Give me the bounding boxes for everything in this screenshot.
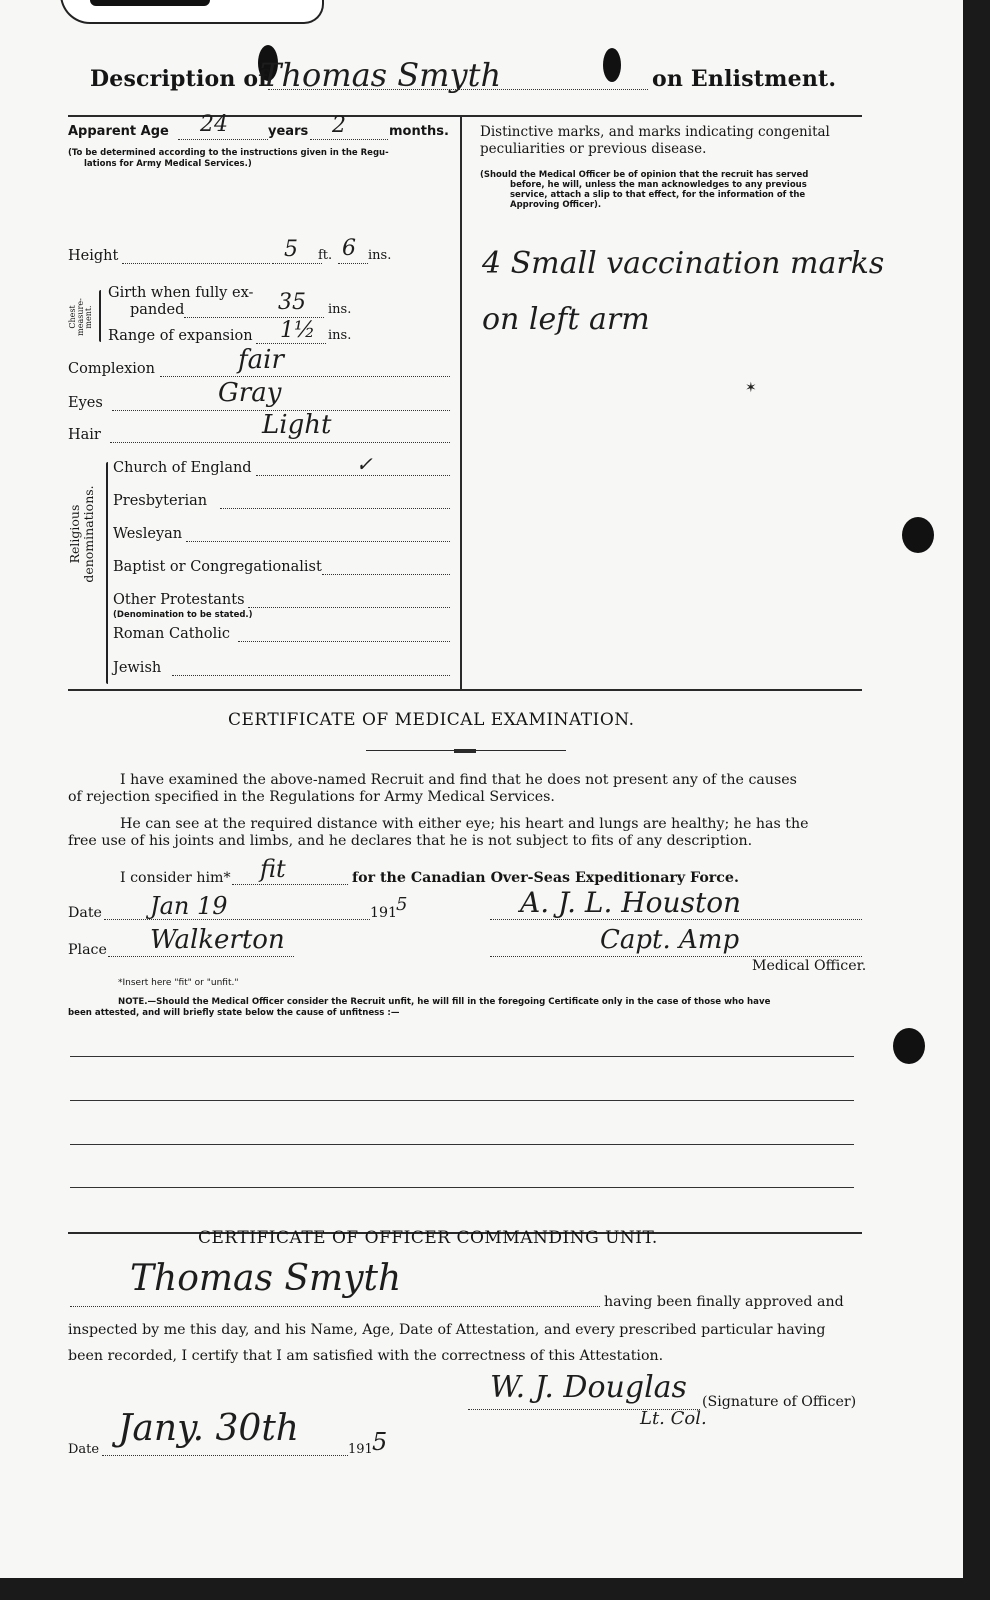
- medical-officer-signature-line: [490, 919, 862, 920]
- religion-line: [186, 541, 450, 542]
- eyes-label: Eyes: [68, 395, 103, 411]
- unfitness-line-1[interactable]: [70, 1056, 854, 1057]
- months-label: months.: [389, 124, 449, 139]
- commanding-line1-suffix: having been finally approved and: [604, 1294, 844, 1311]
- age-months-value: 2: [332, 113, 346, 138]
- religion-baptist-congregationalist: Baptist or Congregationalist: [113, 559, 322, 575]
- height-ft-line: [272, 263, 322, 264]
- paper-fold-shadow: [90, 0, 210, 6]
- column-divider: [460, 115, 462, 689]
- commanding-date-year-hand: 5: [372, 1428, 387, 1456]
- religion-presbyterian: Presbyterian: [113, 493, 207, 509]
- religion-line: [238, 641, 450, 642]
- height-label: Height: [68, 248, 118, 264]
- commanding-line3: been recorded, I certify that I am satis…: [68, 1348, 663, 1365]
- hair-line: [110, 442, 450, 443]
- distinctive-marks-heading-2: peculiarities or previous disease.: [480, 141, 706, 157]
- unfitness-line-4[interactable]: [70, 1187, 854, 1188]
- religion-brace: [106, 462, 108, 684]
- punch-hole-icon: [902, 517, 934, 553]
- age-note-line1: (To be determined according to the instr…: [68, 148, 389, 158]
- range-value: 1½: [280, 318, 315, 343]
- medical-date-year-printed: 191: [370, 905, 397, 922]
- commanding-officer-rank: Lt. Col.: [640, 1408, 707, 1429]
- ft-label: ft.: [318, 248, 332, 263]
- enlistment-form-page: Description of Thomas Smyth on Enlistmen…: [0, 0, 963, 1578]
- religion-roman-catholic: Roman Catholic: [113, 626, 230, 642]
- religion-wesleyan: Wesleyan: [113, 526, 182, 542]
- medical-place-value: Walkerton: [150, 925, 285, 955]
- girth-label-2: panded: [130, 302, 184, 318]
- commanding-date-value: Jany. 30th: [118, 1408, 299, 1449]
- signature-of-officer-label: (Signature of Officer): [702, 1394, 856, 1411]
- range-ins-label: ins.: [328, 328, 351, 343]
- title-prefix: Description of: [90, 66, 268, 92]
- age-months-line: [310, 139, 388, 140]
- medical-para1-line2: of rejection specified in the Regulation…: [68, 789, 555, 806]
- religious-denominations-label: Religiousdenominations.: [68, 464, 96, 604]
- medical-place-line: [108, 956, 294, 957]
- years-label: years: [268, 124, 308, 139]
- eyes-value: Gray: [218, 378, 281, 408]
- religion-line: [256, 475, 450, 476]
- religion-line: [220, 508, 450, 509]
- religion-line: [172, 675, 450, 676]
- fitness-line: [232, 884, 348, 885]
- medical-officer-rank-line: [490, 956, 862, 957]
- distinctive-marks-note-1: (Should the Medical Officer be of opinio…: [480, 170, 808, 180]
- medical-officer-title: Medical Officer.: [752, 958, 866, 975]
- unfitness-line-3[interactable]: [70, 1144, 854, 1145]
- medical-officer-rank: Capt. Amp: [600, 925, 739, 955]
- medical-para2-line2: free use of his joints and limbs, and he…: [68, 833, 752, 850]
- top-border-rule: [68, 115, 862, 117]
- religion-line: [248, 607, 450, 608]
- chest-brace: [99, 290, 101, 342]
- consider-label: I consider him*: [120, 870, 231, 887]
- fit-unfit-footnote: *Insert here "fit" or "unfit.": [118, 978, 238, 988]
- unfitness-line-2[interactable]: [70, 1100, 854, 1101]
- medical-para1-line1: I have examined the above-named Recruit …: [120, 772, 797, 789]
- chest-measurement-label: Chestmeasure-ment.: [69, 292, 93, 342]
- height-label-line: [122, 263, 270, 264]
- title-suffix: on Enlistment.: [652, 66, 836, 92]
- height-ins-value: 6: [342, 236, 356, 261]
- religion-jewish: Jewish: [113, 660, 161, 676]
- complexion-value: fair: [238, 345, 284, 375]
- distinctive-marks-note-4: Approving Officer).: [510, 200, 601, 210]
- medical-certificate-heading: CERTIFICATE OF MEDICAL EXAMINATION.: [228, 710, 634, 730]
- punch-hole-icon: [893, 1028, 925, 1064]
- age-note-line2: lations for Army Medical Services.): [84, 159, 252, 169]
- recruit-name-signature: Thomas Smyth: [130, 1258, 401, 1299]
- religion-church-of-england: Church of England: [113, 460, 252, 476]
- girth-label-1: Girth when fully ex-: [108, 285, 253, 301]
- commanding-date-year-printed: 191: [348, 1441, 373, 1458]
- hair-label: Hair: [68, 427, 101, 443]
- range-label: Range of expansion: [108, 328, 253, 344]
- complexion-line: [160, 376, 450, 377]
- medical-place-label: Place: [68, 942, 107, 959]
- hair-value: Light: [262, 410, 331, 440]
- recruit-name-line: [70, 1306, 600, 1307]
- title-name-dotted-line: [268, 89, 648, 90]
- medical-date-value: Jan 19: [150, 892, 228, 920]
- medical-date-line: [104, 919, 370, 920]
- fitness-value: fit: [260, 855, 286, 883]
- punch-hole-icon: [603, 48, 621, 82]
- commanding-date-label: Date: [68, 1441, 99, 1458]
- girth-value: 35: [278, 290, 306, 315]
- medical-note-line1: NOTE.—Should the Medical Officer conside…: [118, 997, 770, 1007]
- distinctive-marks-heading-1: Distinctive marks, and marks indicating …: [480, 124, 830, 140]
- religion-line: [322, 574, 450, 575]
- height-ft-value: 5: [284, 237, 298, 262]
- medical-para2-line1: He can see at the required distance with…: [120, 816, 808, 833]
- complexion-label: Complexion: [68, 361, 155, 377]
- medical-officer-signature: A. J. L. Houston: [520, 886, 741, 919]
- religion-checkmark-icon: ✓: [356, 452, 373, 476]
- age-years-line: [178, 139, 268, 140]
- medical-note-line2: been attested, and will briefly state be…: [68, 1008, 399, 1018]
- religion-other-protestants: Other Protestants: [113, 592, 245, 608]
- distinctive-marks-entry-2: on left arm: [482, 302, 650, 337]
- medical-date-year-hand: 5: [396, 894, 407, 915]
- girth-ins-label: ins.: [328, 302, 351, 317]
- range-line: [256, 343, 326, 344]
- heading-ornament-center: [454, 749, 476, 753]
- section-divider: [68, 689, 862, 691]
- commanding-line2: inspected by me this day, and his Name, …: [68, 1322, 825, 1339]
- other-protestants-note: (Denomination to be stated.): [113, 610, 253, 620]
- distinctive-marks-note-2: before, he will, unless the man acknowle…: [510, 180, 807, 190]
- height-ins-line: [338, 263, 368, 264]
- height-ins-label: ins.: [368, 248, 391, 263]
- commanding-certificate-heading: CERTIFICATE OF OFFICER COMMANDING UNIT.: [198, 1228, 658, 1248]
- age-years-value: 24: [200, 112, 228, 137]
- distinctive-marks-entry-1: 4 Small vaccination marks: [482, 246, 884, 281]
- commanding-date-line: [102, 1455, 348, 1456]
- force-label: for the Canadian Over-Seas Expeditionary…: [352, 870, 739, 887]
- distinctive-marks-note-3: service, attach a slip to that effect, f…: [510, 190, 805, 200]
- commanding-officer-signature: W. J. Douglas: [490, 1370, 687, 1405]
- medical-date-label: Date: [68, 905, 102, 922]
- ink-smudge-icon: ✶: [745, 380, 757, 396]
- apparent-age-label: Apparent Age: [68, 124, 169, 139]
